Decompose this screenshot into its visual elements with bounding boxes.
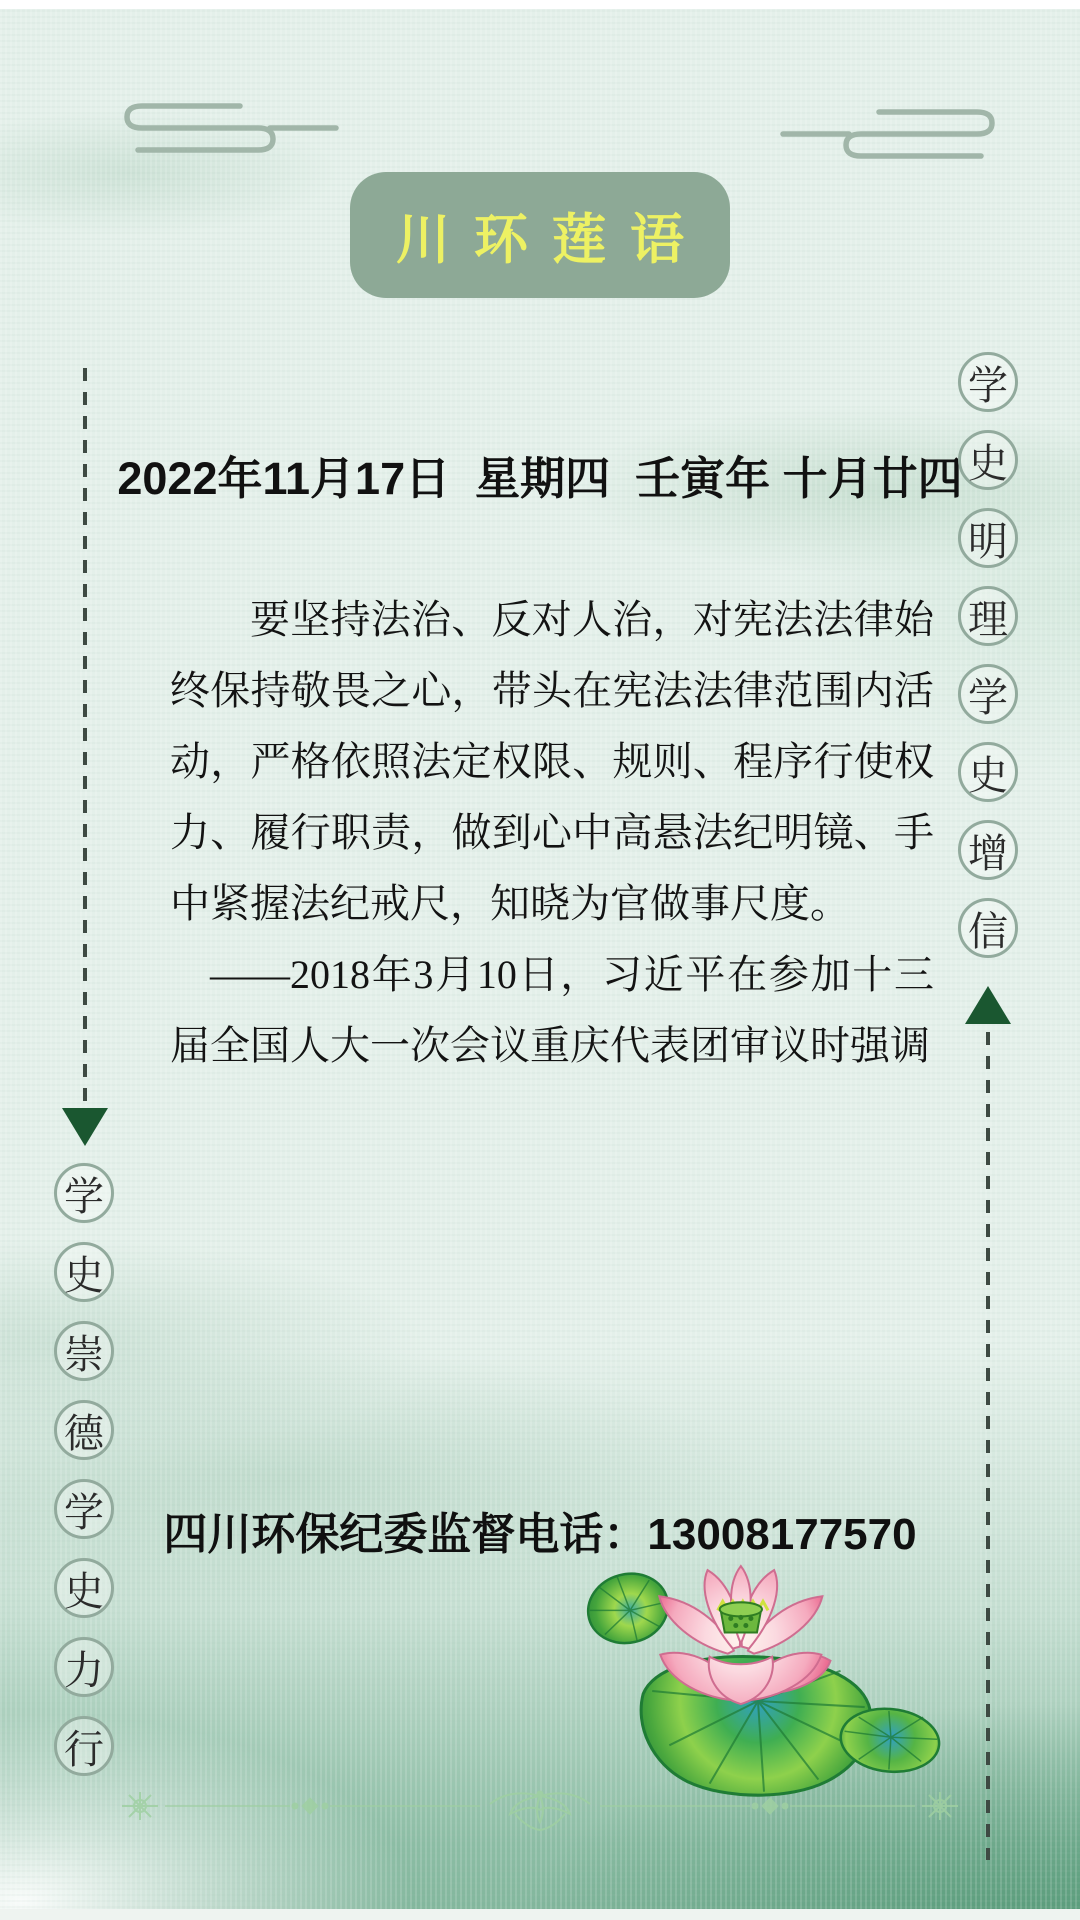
dashed-line-left [83, 368, 87, 1104]
motto-char: 学 [968, 354, 1008, 411]
motto-char: 明 [968, 510, 1008, 567]
motto-char: 史 [968, 744, 1008, 801]
motto-char: 学 [64, 1165, 104, 1222]
date-line: 2022年11月17日 星期四 壬寅年 十月廿四 [0, 442, 1080, 507]
cloud-motif-icon [108, 96, 343, 162]
quote-body: 要坚持法治、反对人治，对宪法法律始终保持敬畏之心，带头在宪法法律范围内活动，严格… [170, 584, 934, 939]
motto-char-circle: 力 [54, 1637, 114, 1697]
motto-char-circle: 学 [958, 352, 1018, 412]
banner-title: 川环莲语 [396, 197, 708, 274]
motto-char-circle: 理 [958, 586, 1018, 646]
quote-attribution: ——2018年3月10日，习近平在参加十三届全国人大一次会议重庆代表团审议时强调 [170, 939, 934, 1081]
motto-char-circle: 史 [958, 430, 1018, 490]
arrow-up-icon [965, 986, 1011, 1024]
motto-char-circle: 学 [54, 1163, 114, 1223]
hotline-text: 四川环保纪委监督电话：13008177570 [0, 1498, 1080, 1562]
motto-char-circle: 史 [54, 1242, 114, 1302]
motto-column-left: 学 史 崇 德 学 史 力 行 [54, 1163, 114, 1776]
motto-char: 崇 [64, 1323, 104, 1380]
title-banner: 川环莲语 [350, 172, 730, 298]
motto-char: 德 [64, 1402, 104, 1459]
arrow-down-icon [62, 1108, 108, 1146]
dashed-line-right [986, 1032, 990, 1860]
motto-char-circle: 行 [54, 1716, 114, 1776]
motto-char-circle: 增 [958, 820, 1018, 880]
motto-char-circle: 史 [958, 742, 1018, 802]
motto-char-circle: 学 [958, 664, 1018, 724]
motto-char: 信 [968, 900, 1008, 957]
motto-char: 学 [968, 666, 1008, 723]
motto-char: 史 [64, 1244, 104, 1301]
motto-char-circle: 信 [958, 898, 1018, 958]
flourish-divider-icon [95, 1786, 985, 1846]
motto-char: 理 [968, 588, 1008, 645]
motto-char: 力 [64, 1639, 104, 1696]
motto-char: 增 [968, 822, 1008, 879]
motto-char: 史 [968, 432, 1008, 489]
motto-char-circle: 德 [54, 1400, 114, 1460]
top-white-strip [0, 0, 1080, 9]
poster-page: 川环莲语 2022年11月17日 星期四 壬寅年 十月廿四 要坚持法治、反对人治… [0, 0, 1080, 1920]
motto-char: 史 [64, 1560, 104, 1617]
cloud-motif-icon [776, 102, 1011, 168]
motto-column-right: 学 史 明 理 学 史 增 信 [958, 352, 1018, 958]
bottom-white-strip [0, 1909, 1080, 1920]
motto-char-circle: 明 [958, 508, 1018, 568]
motto-char-circle: 史 [54, 1558, 114, 1618]
motto-char-circle: 崇 [54, 1321, 114, 1381]
motto-char: 行 [64, 1718, 104, 1775]
quote-block: 要坚持法治、反对人治，对宪法法律始终保持敬畏之心，带头在宪法法律范围内活动，严格… [170, 584, 934, 1081]
